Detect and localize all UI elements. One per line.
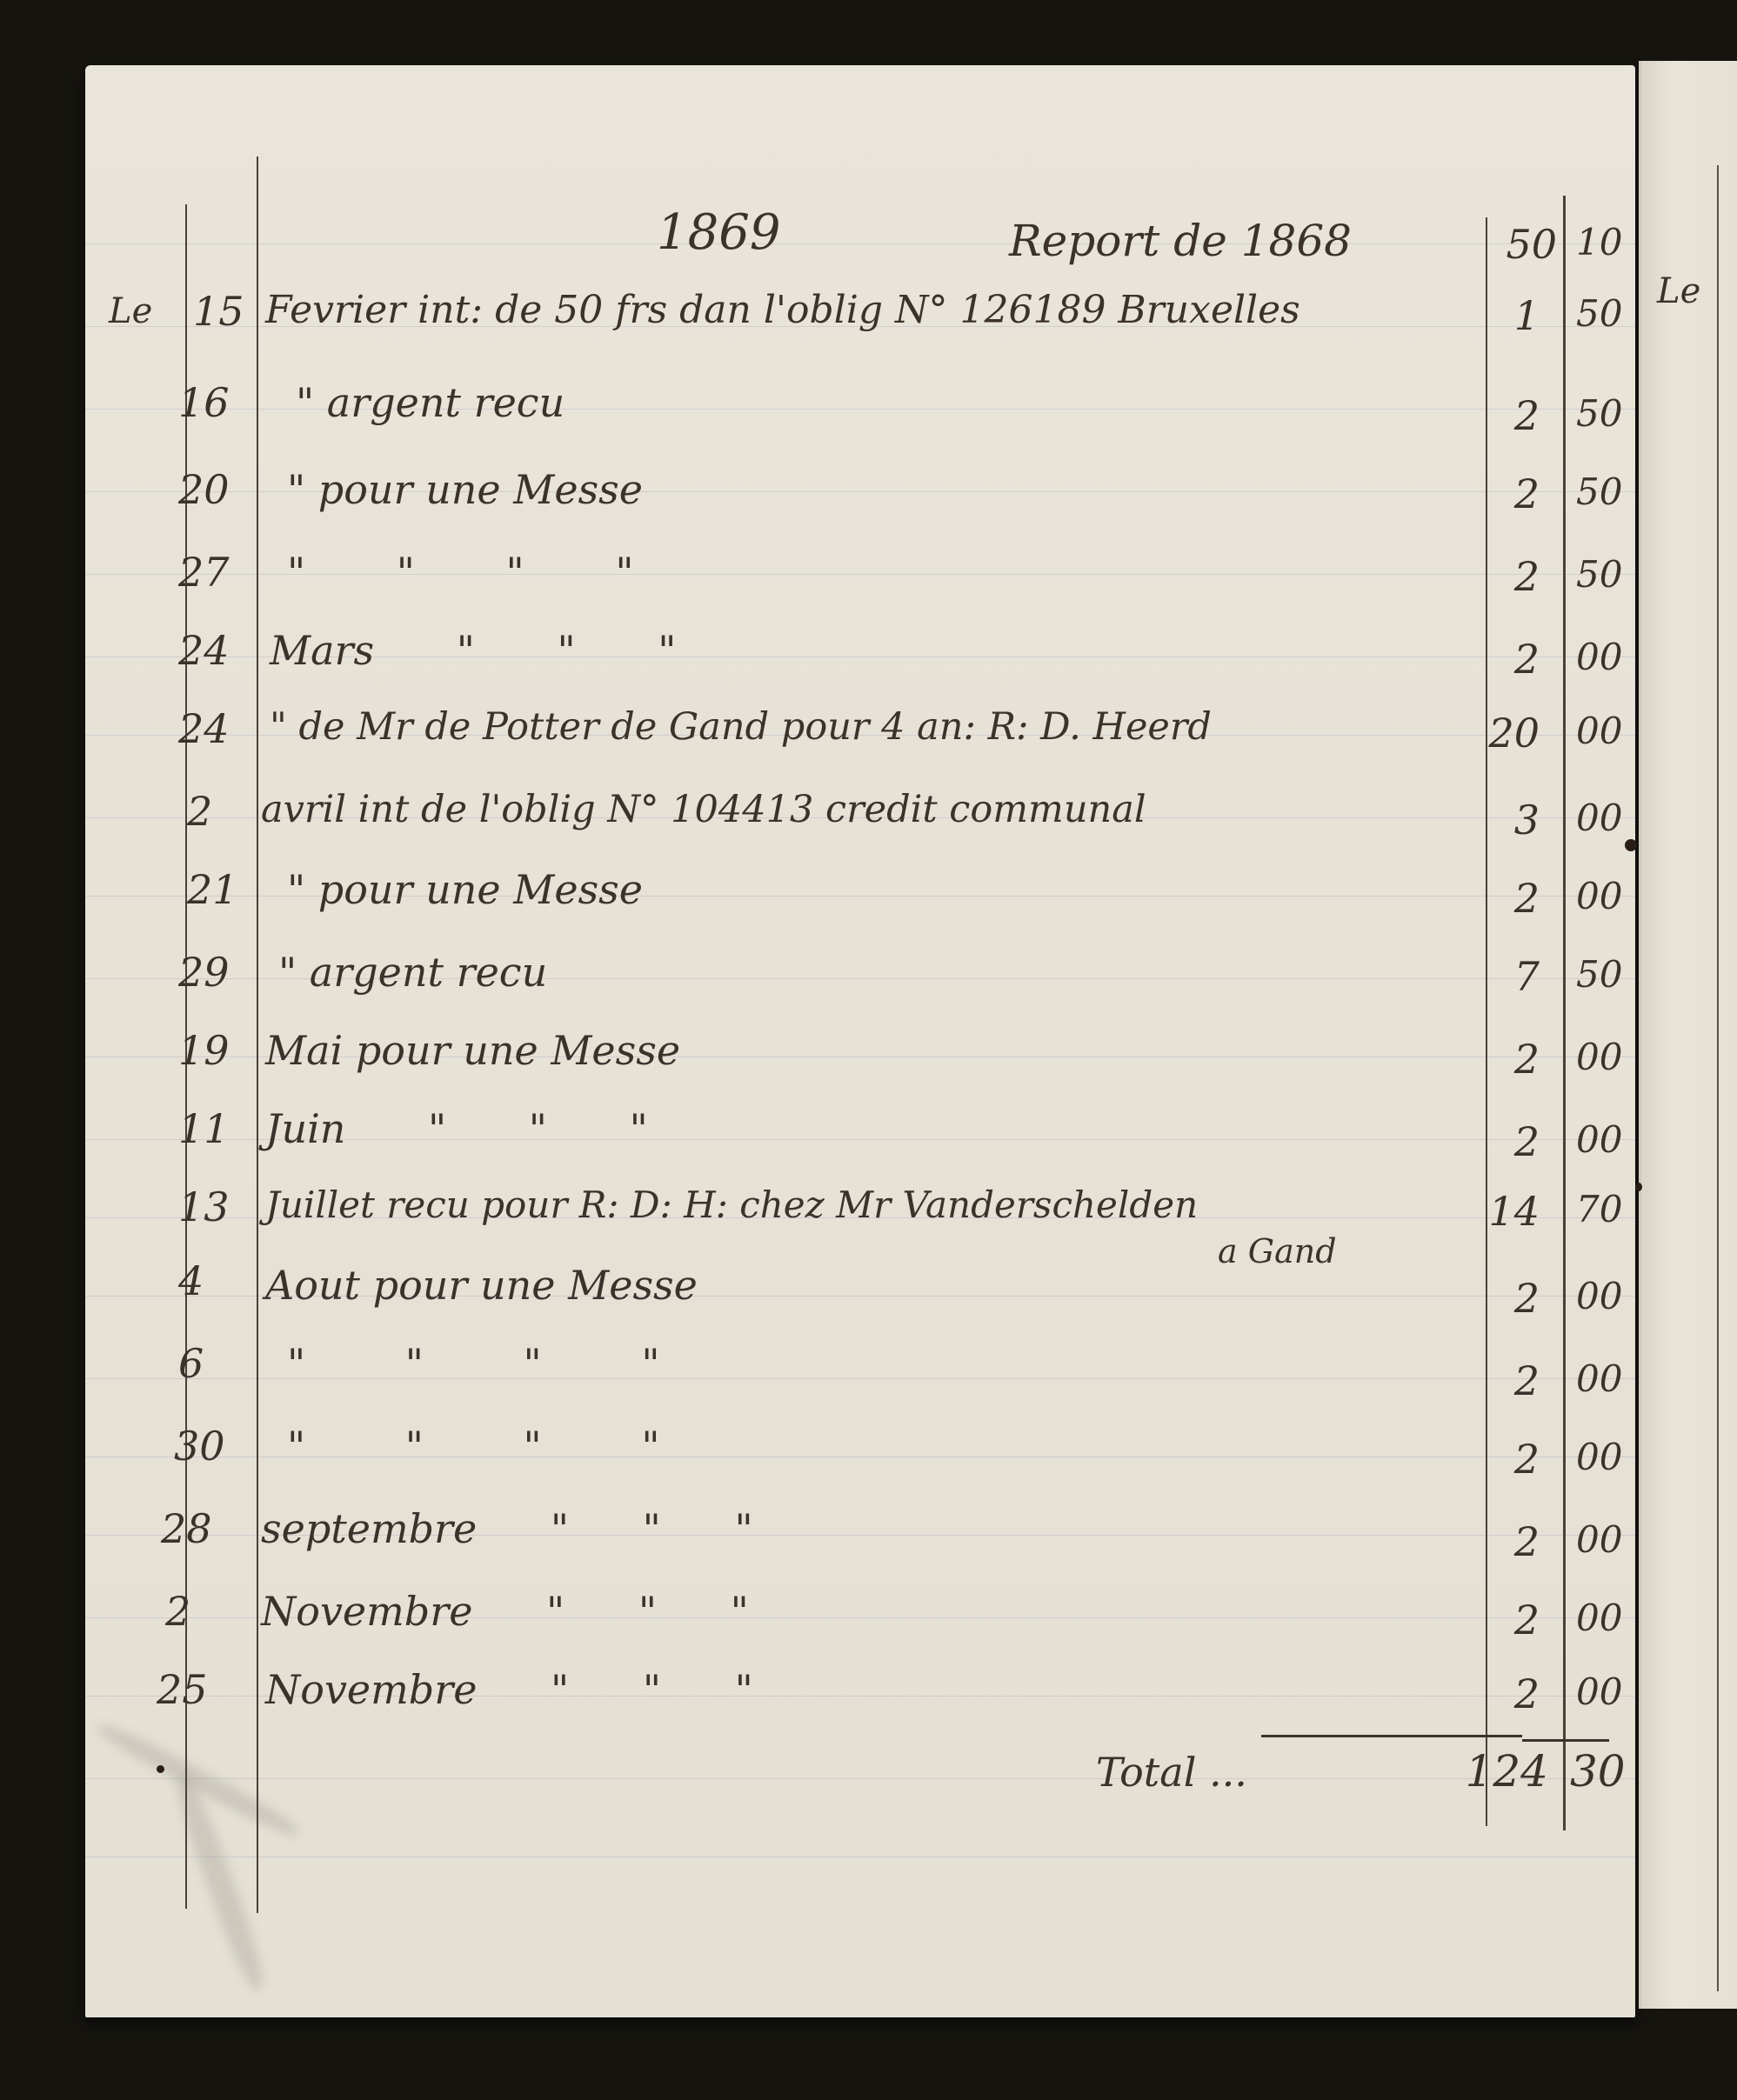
entry-day: 29 <box>178 952 230 992</box>
centimes-column-line <box>1563 196 1566 1830</box>
francs-column-line <box>1486 217 1487 1826</box>
entry-day: 16 <box>178 383 230 423</box>
entry-centimes: 00 <box>1576 1361 1637 1397</box>
entry-francs: 2 <box>1479 1674 1540 1714</box>
entry-francs: 2 <box>1479 474 1540 514</box>
entry-centimes: 00 <box>1576 1039 1637 1076</box>
entry-description: Mars " " " <box>270 630 676 670</box>
entry-day: 11 <box>178 1109 230 1149</box>
total-centimes: 30 <box>1570 1750 1631 1793</box>
ruling-line <box>85 1857 1635 1857</box>
entry-description: Juin " " " <box>265 1109 648 1149</box>
entry-centimes: 00 <box>1576 639 1637 676</box>
carried-forward-francs: 50 <box>1496 224 1557 264</box>
ink-dot <box>157 1765 164 1773</box>
entry-centimes: 50 <box>1576 396 1637 432</box>
entry-francs: 7 <box>1479 957 1540 997</box>
entry-centimes: 00 <box>1576 1522 1637 1558</box>
entry-francs: 2 <box>1479 1439 1540 1479</box>
date-column-line <box>257 157 258 1913</box>
entry-day: 19 <box>178 1030 230 1070</box>
entry-description: Novembre " " " <box>265 1670 753 1710</box>
carried-forward-label: Report de 1868 <box>1009 219 1352 263</box>
entry-day: 15 <box>193 291 244 331</box>
entry-francs: 2 <box>1479 1600 1540 1640</box>
entry-day: 24 <box>178 630 230 670</box>
entry-description: " " " " <box>287 552 634 592</box>
entry-day: 28 <box>161 1509 212 1549</box>
ink-blot <box>1625 839 1637 851</box>
entry-centimes: 00 <box>1576 800 1637 837</box>
year-heading: 1869 <box>657 209 781 257</box>
entry-centimes: 00 <box>1576 1600 1637 1637</box>
total-francs: 124 <box>1418 1750 1548 1793</box>
entry-day: 2 <box>187 791 212 831</box>
entry-description: Aout pour une Messe <box>265 1265 698 1305</box>
entry-day: 13 <box>178 1187 230 1227</box>
entry-centimes: 00 <box>1576 1278 1637 1315</box>
entry-centimes: 50 <box>1576 957 1637 993</box>
entry-francs: 2 <box>1479 1522 1540 1562</box>
entry-centimes: 00 <box>1576 878 1637 915</box>
facing-page: Le <box>1639 61 1737 2009</box>
entry-description: Mai pour une Messe <box>265 1030 680 1070</box>
entry-centimes: 50 <box>1576 296 1637 332</box>
entry-francs: 20 <box>1479 713 1540 753</box>
entry-description: " " " " <box>287 1426 660 1466</box>
entry-day: 21 <box>187 870 238 910</box>
facing-page-margin-label: Le <box>1657 274 1700 309</box>
facing-page-margin-line <box>1717 165 1719 1991</box>
entry-description: " de Mr de Potter de Gand pour 4 an: R: … <box>270 709 1212 746</box>
entry-centimes: 00 <box>1576 1439 1637 1476</box>
margin-label: Le <box>109 294 152 329</box>
entry-centimes: 50 <box>1576 474 1637 510</box>
entry-francs: 2 <box>1479 1278 1540 1318</box>
entry-description: Novembre " " " <box>261 1591 749 1631</box>
entry-centimes: 70 <box>1576 1191 1637 1228</box>
entry-description: septembre " " " <box>261 1509 753 1549</box>
entry-description: " pour une Messe <box>287 470 643 510</box>
entry-day: 25 <box>157 1670 208 1710</box>
total-rule <box>1261 1735 1522 1737</box>
ruling-line <box>85 243 1635 244</box>
entry-francs: 2 <box>1479 639 1540 679</box>
entry-francs: 2 <box>1479 557 1540 597</box>
carried-forward-centimes: 10 <box>1576 224 1637 261</box>
total-label: Total ... <box>1096 1752 1247 1792</box>
entry-description-line2: a Gand <box>1218 1235 1337 1268</box>
total-rule <box>1522 1739 1609 1742</box>
entry-description: " pour une Messe <box>287 870 643 910</box>
entry-francs: 2 <box>1479 878 1540 918</box>
entry-francs: 2 <box>1479 1361 1540 1401</box>
entry-francs: 2 <box>1479 396 1540 436</box>
entry-day: 20 <box>178 470 230 510</box>
entry-day: 30 <box>174 1426 225 1466</box>
entry-francs: 2 <box>1479 1122 1540 1162</box>
ruling-line <box>85 1778 1635 1779</box>
entry-day: 6 <box>178 1343 204 1383</box>
entry-centimes: 00 <box>1576 1674 1637 1710</box>
ink-blot <box>1635 1183 1642 1191</box>
entry-description: Fevrier int: de 50 frs dan l'oblig N° 12… <box>265 291 1300 330</box>
entry-day: 2 <box>165 1591 190 1631</box>
entry-day: 24 <box>178 709 230 749</box>
entry-francs: 3 <box>1479 800 1540 840</box>
entry-centimes: 50 <box>1576 557 1637 593</box>
entry-description: " argent recu <box>296 383 565 423</box>
entry-day: 4 <box>178 1261 204 1301</box>
entry-description: avril int de l'oblig N° 104413 credit co… <box>261 791 1146 829</box>
entry-day: 27 <box>178 552 230 592</box>
entry-description: " argent recu <box>278 952 547 992</box>
entry-francs: 14 <box>1479 1191 1540 1231</box>
entry-description: Juillet recu pour R: D: H: chez Mr Vande… <box>265 1187 1198 1223</box>
entry-description: " " " " <box>287 1343 660 1383</box>
entry-centimes: 00 <box>1576 1122 1637 1158</box>
entry-francs: 2 <box>1479 1039 1540 1079</box>
entry-centimes: 00 <box>1576 713 1637 750</box>
entry-francs: 1 <box>1479 296 1540 336</box>
